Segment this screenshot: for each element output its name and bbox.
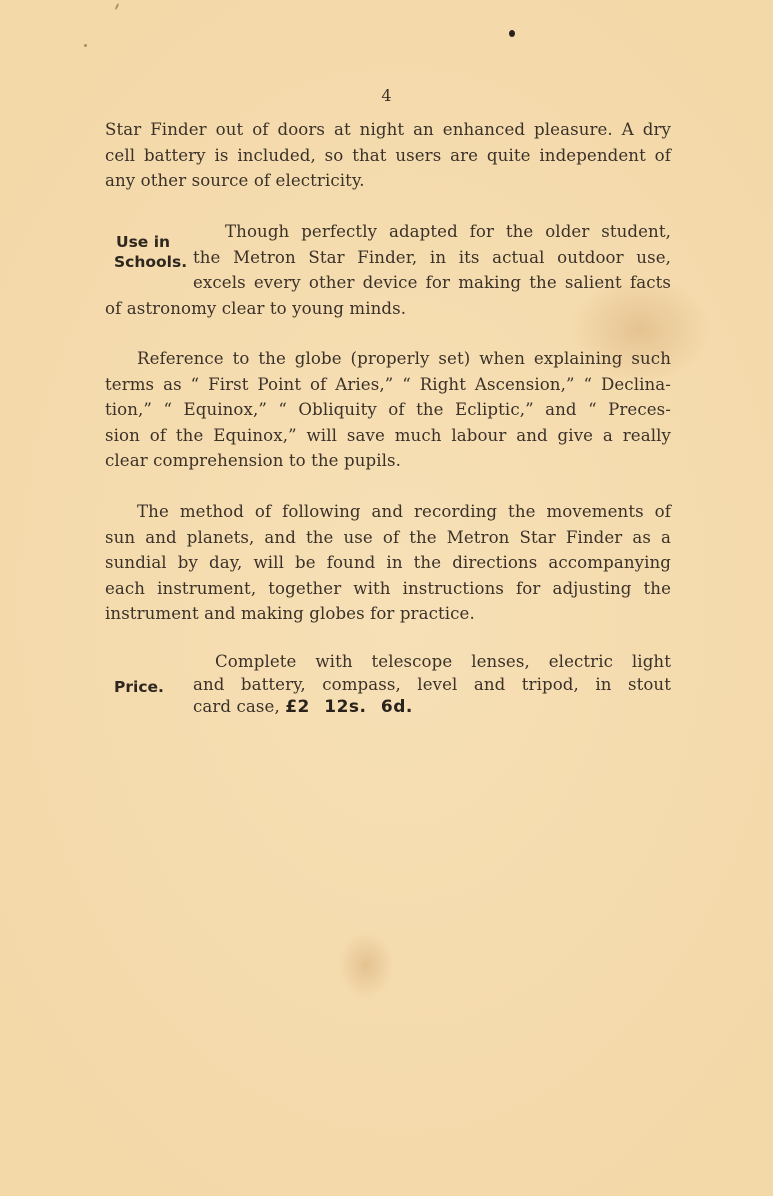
text-line: card case, £2 12s. 6d. xyxy=(105,696,671,719)
paper-speck xyxy=(84,44,87,47)
text-line: any other source of electricity. xyxy=(105,168,671,194)
text-line: The method of following and recording th… xyxy=(105,499,671,525)
text-line: sundial by day, will be found in the dir… xyxy=(105,550,671,576)
text-line: Star Finder out of doors at night an enh… xyxy=(105,117,671,143)
text-line: sion of the Equinox,” will save much lab… xyxy=(105,423,671,449)
text-line: instrument and making globes for practic… xyxy=(105,601,671,627)
text-line: terms as “ First Point of Aries,” “ Righ… xyxy=(105,372,671,398)
text-line: excels every other device for making the… xyxy=(105,270,671,296)
text-line: clear comprehension to the pupils. xyxy=(105,448,671,474)
paragraph-reference: Reference to the globe (properly set) wh… xyxy=(105,346,671,474)
text-line: cell battery is included, so that users … xyxy=(105,143,671,169)
text-line: and battery, compass, level and tripod, … xyxy=(105,674,671,697)
text-line: the Metron Star Finder, in its actual ou… xyxy=(105,245,671,271)
text-line: sun and planets, and the use of the Metr… xyxy=(105,525,671,551)
text-line: tion,” “ Equinox,” “ Obliquity of the Ec… xyxy=(105,397,671,423)
punch-hole-mark xyxy=(509,30,515,37)
text-line: Though perfectly adapted for the older s… xyxy=(105,219,671,245)
text-line: Complete with telescope lenses, electric… xyxy=(105,651,671,674)
text-line: Reference to the globe (properly set) wh… xyxy=(105,346,671,372)
price-lead-text: card case, xyxy=(193,697,280,716)
paragraph-price: Complete with telescope lenses, electric… xyxy=(105,651,671,719)
text-line: each instrument, together with instructi… xyxy=(105,576,671,602)
page-number: 4 xyxy=(0,86,773,105)
paper-speck xyxy=(115,3,120,10)
price-amount: £2 12s. 6d. xyxy=(285,697,413,717)
paragraph-intro: Star Finder out of doors at night an enh… xyxy=(105,117,671,194)
text-line: of astronomy clear to young minds. xyxy=(105,296,671,322)
paragraph-use-in-schools: Though perfectly adapted for the older s… xyxy=(105,219,671,321)
paragraph-method: The method of following and recording th… xyxy=(105,499,671,627)
